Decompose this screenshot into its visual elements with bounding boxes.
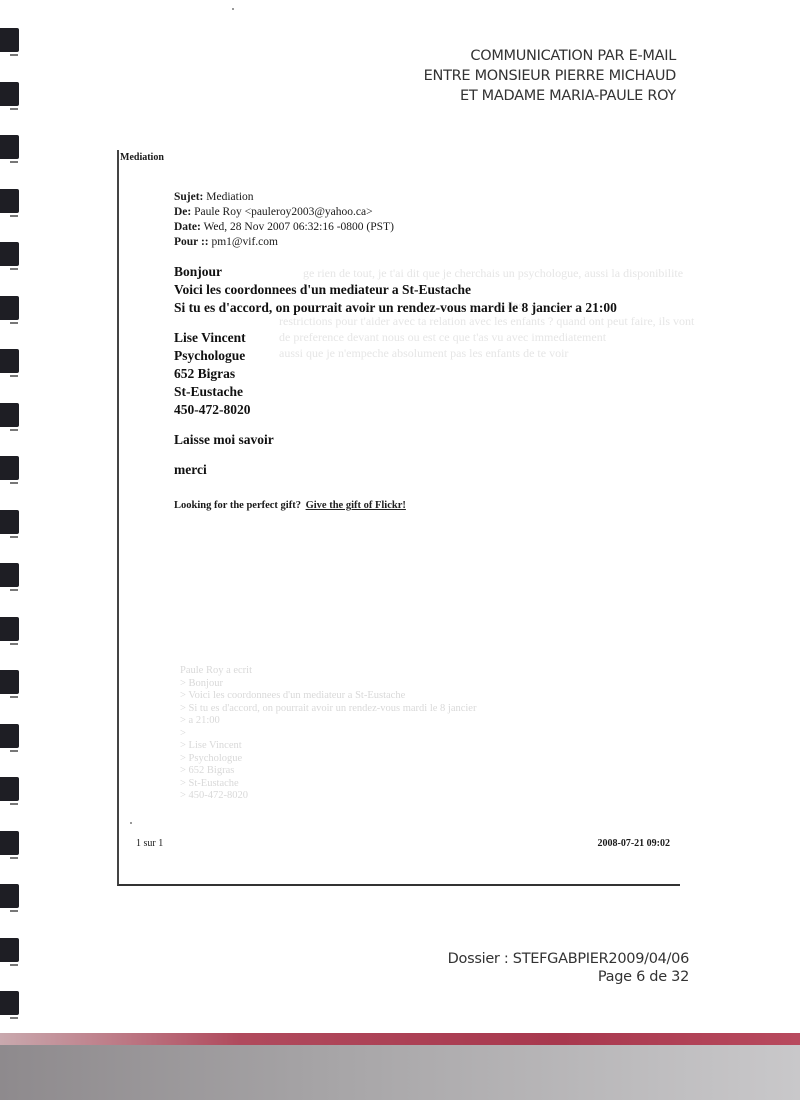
print-timestamp: 2008-07-21 09:02 [598,838,671,849]
binding-hole [0,670,19,694]
from-value: Paule Roy <pauleroy2003@yahoo.ca> [194,206,372,218]
binding-hole [0,991,19,1015]
dossier-reference: Dossier : STEFGABPIER2009/04/06 [448,950,689,968]
binding-hole [0,189,19,213]
binding-hole [0,617,19,641]
body-line-2: Si tu es d'accord, on pourrait avoir un … [174,299,617,317]
to-value: pm1@vif.com [211,236,277,248]
binding-hole [0,296,19,320]
header-line-3: ET MADAME MARIA-PAULE ROY [424,86,676,106]
from-row: De: Paule Roy <pauleroy2003@yahoo.ca> [174,205,394,220]
contact-phone: 450-472-8020 [174,401,617,419]
email-headers: Sujet: Mediation De: Paule Roy <pauleroy… [174,190,394,250]
binding-hole [0,938,19,962]
dossier-info: Dossier : STEFGABPIER2009/04/06 Page 6 d… [448,950,689,986]
body-line-1: Voici les coordonnees d'un mediateur a S… [174,281,617,299]
contact-city: St-Eustache [174,383,617,401]
subject-label: Sujet: [174,191,203,203]
date-value: Wed, 28 Nov 2007 06:32:16 -0800 (PST) [204,221,394,233]
document-header: COMMUNICATION PAR E-MAIL ENTRE MONSIEUR … [424,46,676,106]
scanner-background [0,1045,800,1100]
binding-hole [0,403,19,427]
greeting: Bonjour [174,263,617,281]
binding-hole [0,831,19,855]
spiral-binding [0,0,30,1040]
page-number: Page 6 de 32 [448,968,689,986]
page-edge [0,1033,800,1045]
email-body: Bonjour Voici les coordonnees d'un media… [174,263,617,479]
subject-value: Mediation [206,191,253,203]
flickr-gift-link[interactable]: Give the gift of Flickr! [306,500,406,511]
binding-hole [0,563,19,587]
scan-speck [232,8,234,10]
sign-off: merci [174,461,617,479]
closing-line: Laisse moi savoir [174,431,617,449]
printout-title: Mediation [120,152,164,163]
binding-hole [0,82,19,106]
date-row: Date: Wed, 28 Nov 2007 06:32:16 -0800 (P… [174,220,394,235]
scan-speck [130,822,132,824]
contact-name: Lise Vincent [174,329,617,347]
binding-hole [0,456,19,480]
print-page-count: 1 sur 1 [136,838,163,849]
binding-hole [0,724,19,748]
binding-hole [0,28,19,52]
promo-footer: Looking for the perfect gift? Give the g… [174,500,406,511]
date-label: Date: [174,221,201,233]
binding-hole [0,135,19,159]
to-row: Pour :: pm1@vif.com [174,235,394,250]
to-label: Pour :: [174,236,209,248]
subject-row: Sujet: Mediation [174,190,394,205]
contact-title: Psychologue [174,347,617,365]
header-line-1: COMMUNICATION PAR E-MAIL [424,46,676,66]
contact-street: 652 Bigras [174,365,617,383]
binding-hole [0,510,19,534]
binding-hole [0,777,19,801]
bleed-through-quoted: Paule Roy a ecrit > Bonjour > Voici les … [180,665,476,803]
from-label: De: [174,206,191,218]
binding-hole [0,884,19,908]
binding-hole [0,242,19,266]
header-line-2: ENTRE MONSIEUR PIERRE MICHAUD [424,66,676,86]
promo-text: Looking for the perfect gift? [174,500,301,511]
binding-hole [0,349,19,373]
